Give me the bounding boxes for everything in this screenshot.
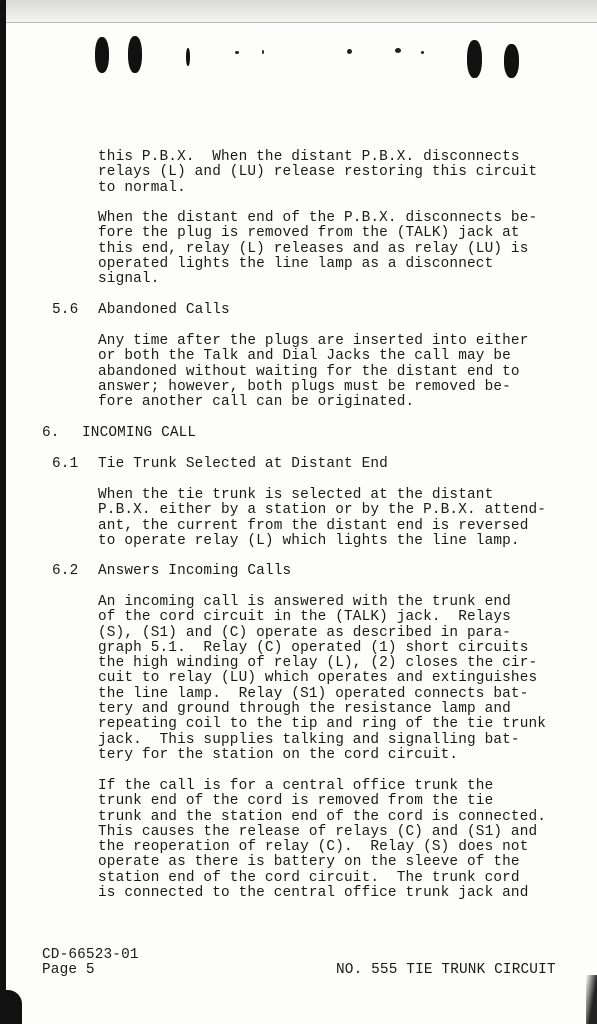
section-body-central-office-trunk: If the call is for a central office trun…	[98, 779, 546, 901]
section-title-abandoned-calls: Abandoned Calls	[98, 303, 230, 318]
section-number-5-6: 5.6	[52, 303, 78, 318]
section-number-6: 6.	[42, 426, 60, 441]
paragraph-continuation: this P.B.X. When the distant P.B.X. disc…	[98, 150, 537, 196]
footer-page-number: Page 5	[42, 963, 95, 978]
speck	[395, 48, 401, 53]
scan-corner-bottom-left	[0, 990, 22, 1024]
section-body-answers-incoming-calls: An incoming call is answered with the tr…	[98, 595, 546, 763]
scan-corner-bottom-right	[586, 975, 597, 1024]
section-title-incoming-call: INCOMING CALL	[82, 426, 196, 441]
footer-doc-number: CD-66523-01	[42, 948, 139, 963]
scan-left-edge	[0, 0, 6, 1024]
section-number-6-1: 6.1	[52, 457, 78, 472]
punch-hole	[186, 48, 190, 66]
footer-document-title: NO. 555 TIE TRUNK CIRCUIT	[336, 963, 556, 978]
punch-hole	[467, 40, 482, 78]
punch-hole	[95, 37, 109, 73]
speck	[262, 50, 264, 54]
scan-top-edge	[0, 0, 597, 23]
section-body-abandoned-calls: Any time after the plugs are inserted in…	[98, 334, 529, 410]
section-title-answers-incoming-calls: Answers Incoming Calls	[98, 564, 291, 579]
speck	[421, 51, 424, 54]
punch-hole	[128, 36, 142, 73]
section-number-6-2: 6.2	[52, 564, 78, 579]
speck	[235, 51, 239, 54]
section-title-tie-trunk-selected: Tie Trunk Selected at Distant End	[98, 457, 388, 472]
section-body-tie-trunk-selected: When the tie trunk is selected at the di…	[98, 488, 546, 549]
paragraph-disconnect: When the distant end of the P.B.X. disco…	[98, 211, 537, 287]
speck	[347, 49, 352, 54]
punch-hole	[504, 44, 519, 78]
